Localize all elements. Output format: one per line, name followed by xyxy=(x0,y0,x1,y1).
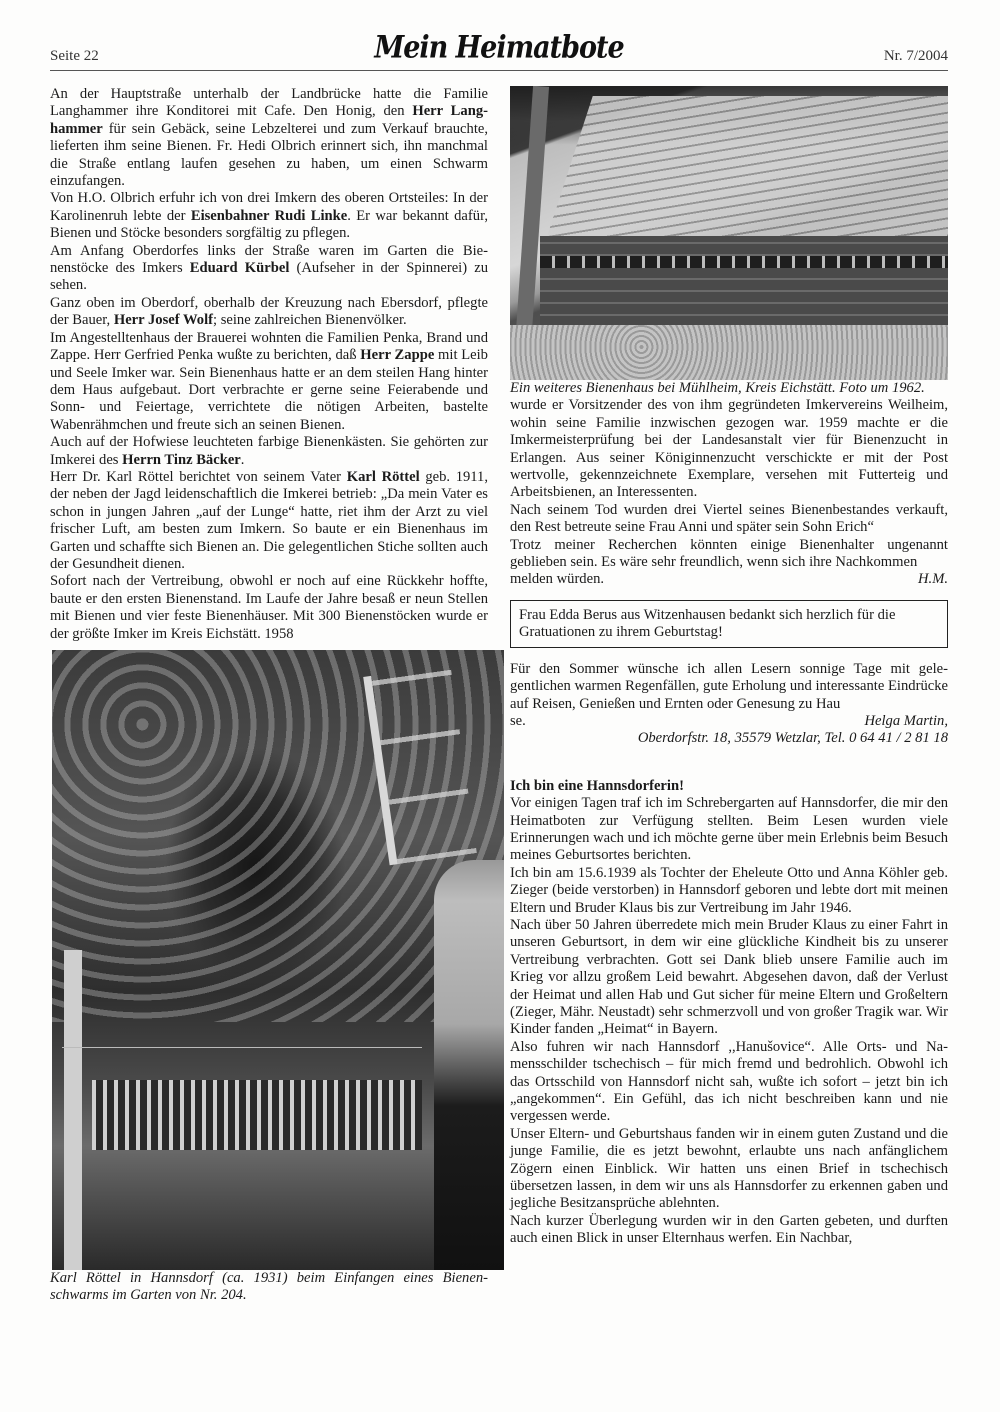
closing-line: melden würden. xyxy=(510,571,604,588)
bee-house-photo-caption: Ein weiteres Bienenhaus bei Mühlheim, Kr… xyxy=(510,380,948,397)
name-highlight: Herrn Tinz Bäcker xyxy=(122,452,241,468)
paragraph: Herr Dr. Karl Röttel berichtet von seine… xyxy=(50,469,488,573)
page-header: Seite 22 Mein Heimatbote Nr. 7/2004 xyxy=(50,30,948,90)
bee-swarm-photo-caption: Karl Röttel in Hannsdorf (ca. 1931) beim… xyxy=(50,1270,488,1305)
bee-swarm-photo xyxy=(52,650,504,1270)
name-highlight: Herr Zap­pe xyxy=(360,347,434,363)
paragraph: An der Hauptstraße unterhalb der Landbrü… xyxy=(50,86,488,190)
paragraph: wurde er Vorsitzender des von ihm gegrün… xyxy=(510,397,948,501)
left-paragraphs: An der Hauptstraße unterhalb der Landbrü… xyxy=(50,86,488,643)
name-highlight: Herr Lang­hammer xyxy=(50,103,488,136)
paragraph: Trotz meiner Recherchen könnten einige B… xyxy=(510,537,948,572)
right-column: Ein weiteres Bienenhaus bei Mühlheim, Kr… xyxy=(510,86,948,1248)
signature-name: Helga Martin, xyxy=(864,713,948,730)
thank-you-notice: Frau Edda Berus aus Witzenhausen bedankt… xyxy=(510,600,948,648)
author-closing: melden würden. H.M. xyxy=(510,571,948,588)
signature-address: Oberdorfstr. 18, 35579 Wetzlar, Tel. 0 6… xyxy=(510,730,948,747)
article-title: Ich bin eine Hannsdorferin! xyxy=(510,778,948,795)
name-highlight: Herr Josef Wolf xyxy=(114,312,213,328)
paragraph: Am Anfang Oberdorfes links der Straße wa… xyxy=(50,243,488,295)
article-paragraph: Unser Eltern- und Geburtshaus fanden wir… xyxy=(510,1126,948,1213)
issue-number: Nr. 7/2004 xyxy=(884,48,948,65)
masthead-logo: Mein Heimatbote xyxy=(374,30,623,66)
paragraph: Von H.O. Olbrich erfuhr ich von drei Imk… xyxy=(50,190,488,242)
paragraph: Sofort nach der Vertreibung, obwohl er n… xyxy=(50,573,488,643)
right-paragraphs: wurde er Vorsitzender des von ihm gegrün… xyxy=(510,397,948,571)
author-initials: H.M. xyxy=(918,571,948,588)
paragraph: Ganz oben im Oberdorf, oberhalb der Kreu… xyxy=(50,295,488,330)
article-paragraph: Ich bin am 15.6.1939 als Tochter der Ehe… xyxy=(510,865,948,917)
article-paragraph: Nach kurzer Überlegung wurden wir in den… xyxy=(510,1213,948,1248)
paragraph: Nach seinem Tod wurden drei Viertel sein… xyxy=(510,502,948,537)
name-highlight: Eisenbahner Rudi Linke xyxy=(191,208,347,224)
header-rule xyxy=(50,70,948,71)
page-number: Seite 22 xyxy=(50,48,99,65)
paragraph: Auch auf der Hofwiese leuchteten farbige… xyxy=(50,434,488,469)
article-paragraph: Nach über 50 Jahren überredete mich mein… xyxy=(510,917,948,1039)
article-paragraph: Also fuhren wir nach Hannsdorf ,,Hanušov… xyxy=(510,1039,948,1126)
left-column: An der Hauptstraße unterhalb der Landbrü… xyxy=(50,86,488,1305)
name-highlight: Eduard Kürbel xyxy=(190,260,290,276)
name-highlight: Karl Röttel xyxy=(347,469,420,485)
paragraph: Im Angestelltenhaus der Brauerei wohnten… xyxy=(50,330,488,434)
summer-wish: Für den Sommer wünsche ich allen Lesern … xyxy=(510,661,948,713)
article-paragraph: Vor einigen Tagen traf ich im Schreberga… xyxy=(510,795,948,865)
summer-wish-end: se. xyxy=(510,713,526,730)
bee-house-photo xyxy=(510,86,948,380)
